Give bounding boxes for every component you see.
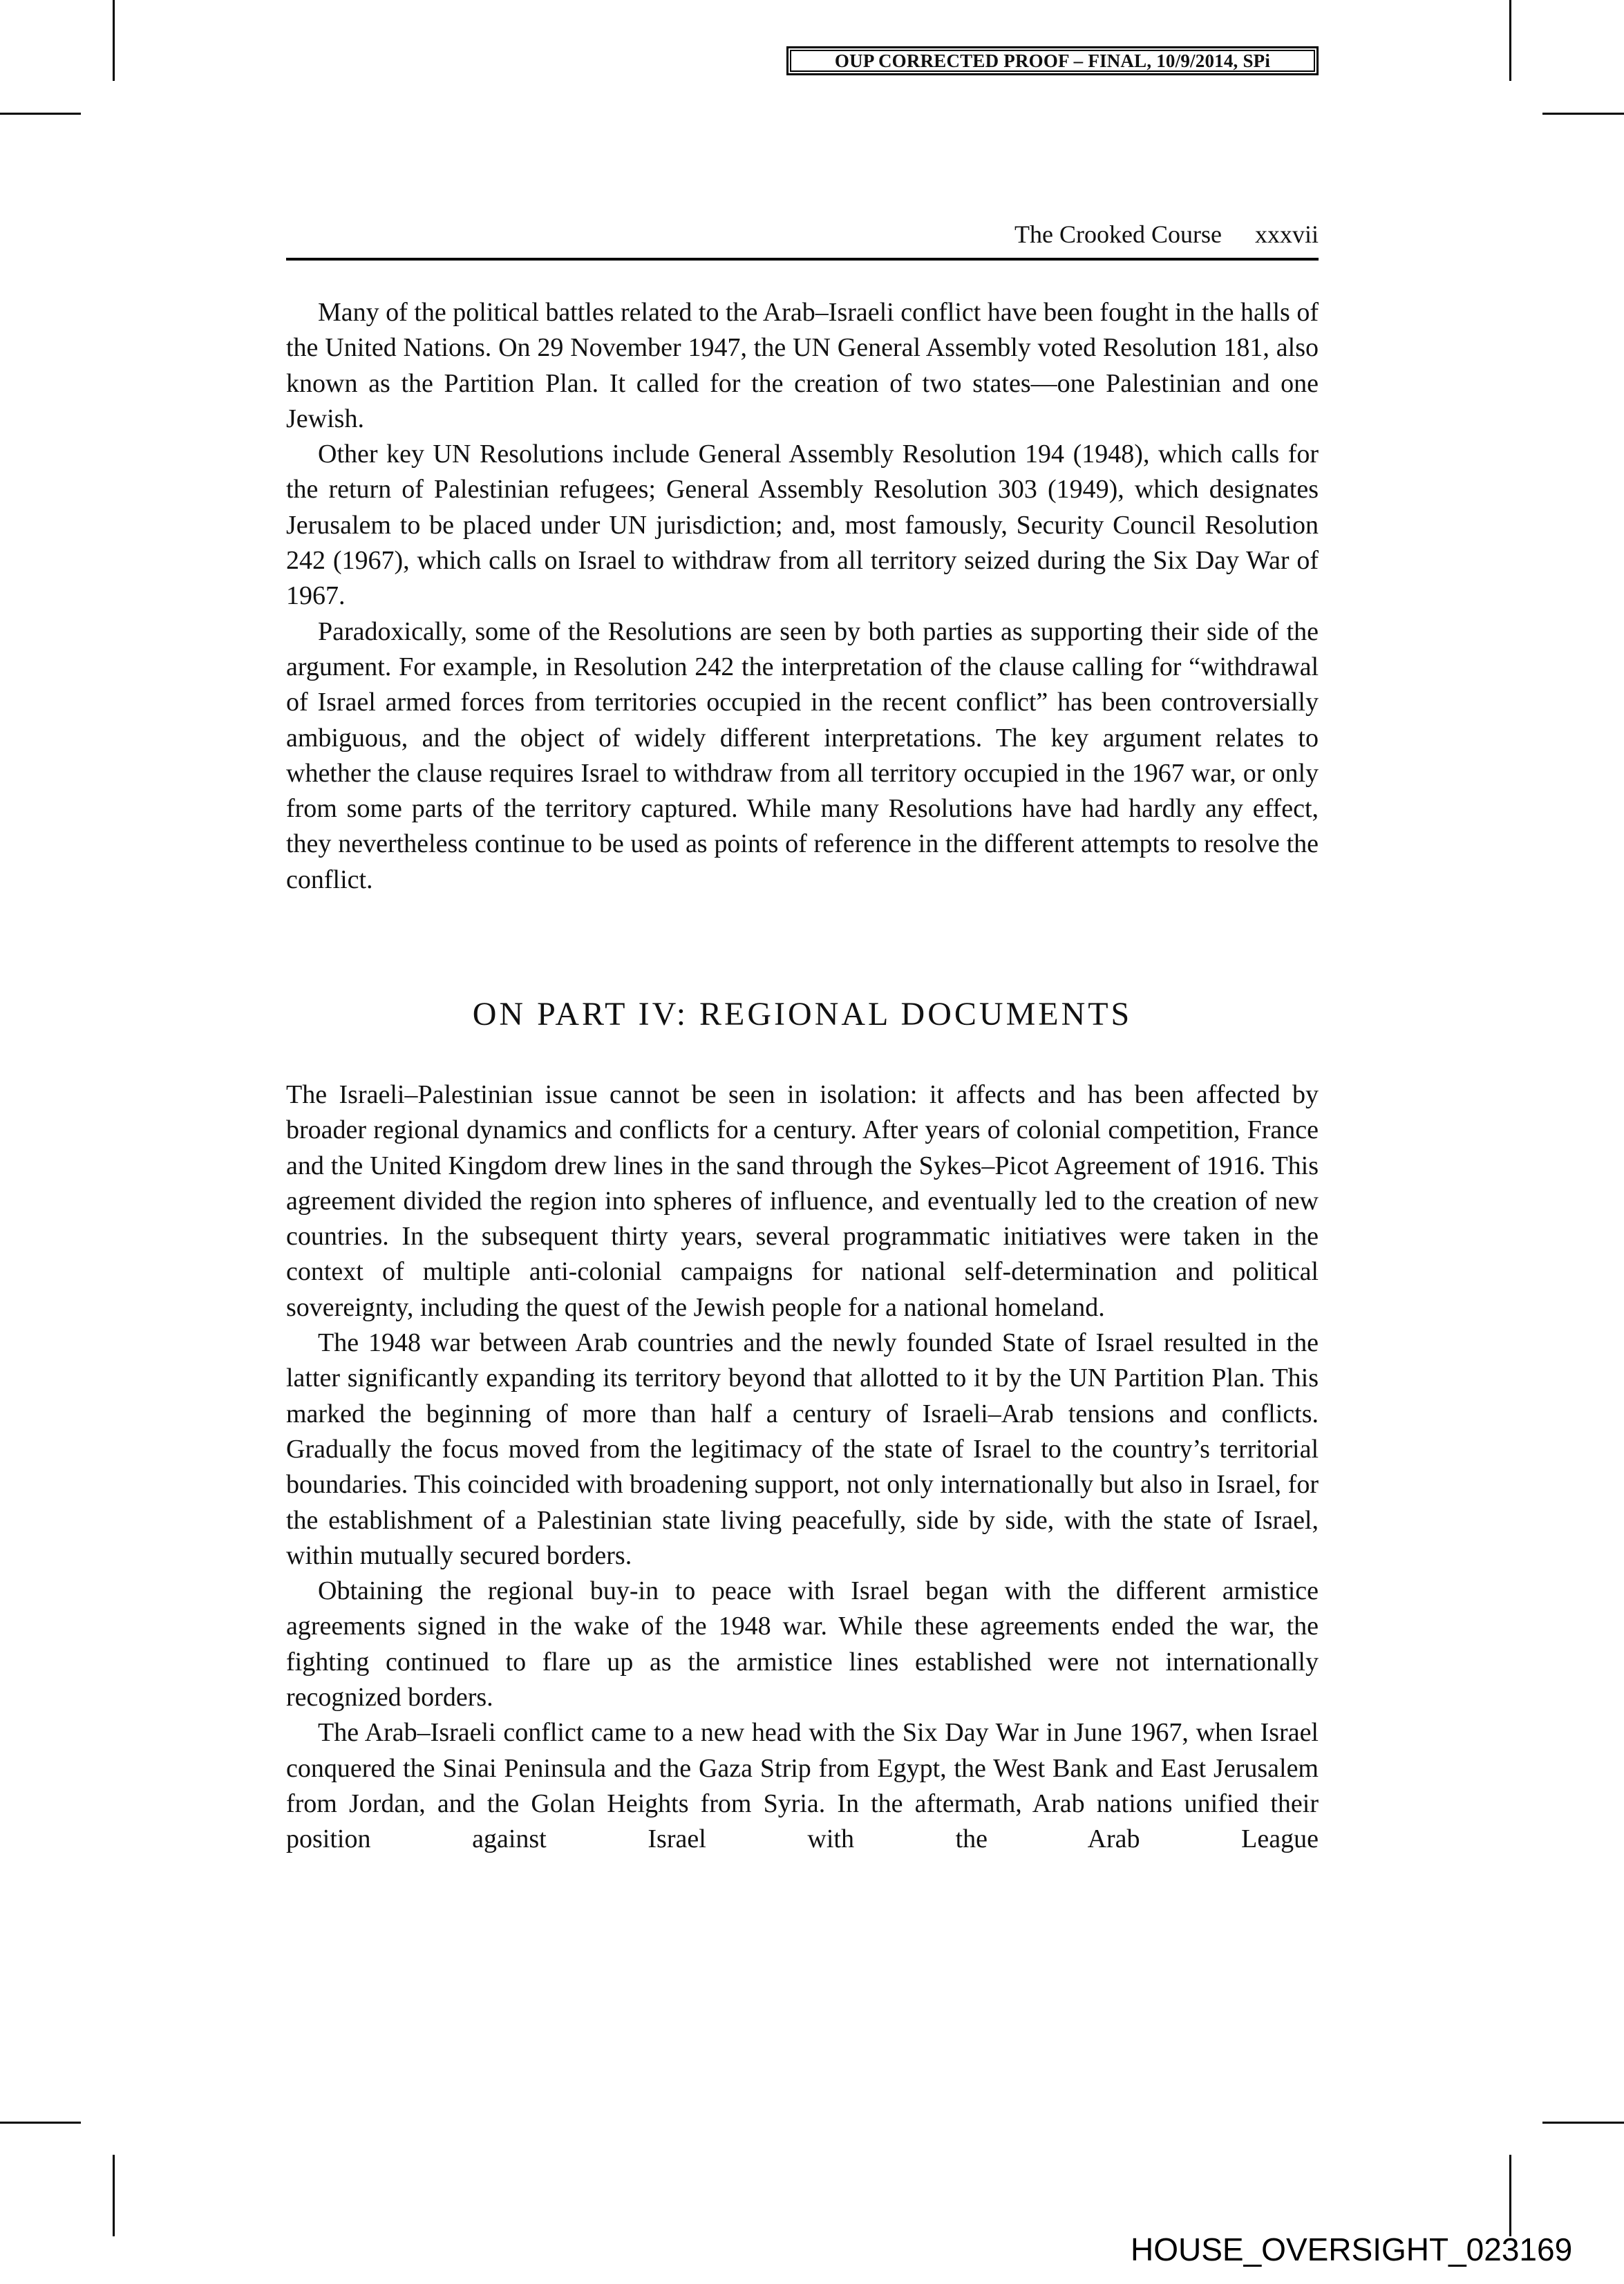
crop-mark-bottom-right-horizontal xyxy=(1542,2122,1624,2124)
paragraph: The 1948 war between Arab countries and … xyxy=(286,1325,1319,1574)
header-rule xyxy=(286,258,1319,261)
bates-number: HOUSE_OVERSIGHT_023169 xyxy=(1131,2231,1572,2268)
running-head: The Crooked Coursexxxvii xyxy=(286,220,1319,249)
paragraph: The Israeli–Palestinian issue cannot be … xyxy=(286,1077,1319,1325)
paragraph: The Arab–Israeli conflict came to a new … xyxy=(286,1715,1319,1857)
paragraph: Obtaining the regional buy-in to peace w… xyxy=(286,1574,1319,1715)
proof-stamp-text: OUP CORRECTED PROOF – FINAL, 10/9/2014, … xyxy=(790,50,1315,72)
running-head-title: The Crooked Course xyxy=(1014,220,1222,248)
crop-mark-top-left-vertical xyxy=(113,0,115,81)
section-heading: ON PART IV: REGIONAL DOCUMENTS xyxy=(286,995,1319,1033)
crop-mark-top-right-horizontal xyxy=(1542,113,1624,115)
crop-mark-bottom-left-horizontal xyxy=(0,2122,81,2124)
section-1-body: Many of the political battles related to… xyxy=(286,295,1319,898)
paragraph: Other key UN Resolutions include General… xyxy=(286,437,1319,614)
proof-stamp: OUP CORRECTED PROOF – FINAL, 10/9/2014, … xyxy=(786,46,1319,75)
crop-mark-top-right-vertical xyxy=(1509,0,1511,81)
section-2-body: The Israeli–Palestinian issue cannot be … xyxy=(286,1077,1319,1858)
page-number: xxxvii xyxy=(1255,220,1319,248)
paragraph: Paradoxically, some of the Resolutions a… xyxy=(286,614,1319,898)
crop-mark-bottom-left-vertical xyxy=(113,2155,115,2236)
crop-mark-top-left-horizontal xyxy=(0,113,81,115)
crop-mark-bottom-right-vertical xyxy=(1509,2155,1511,2236)
paragraph: Many of the political battles related to… xyxy=(286,295,1319,437)
